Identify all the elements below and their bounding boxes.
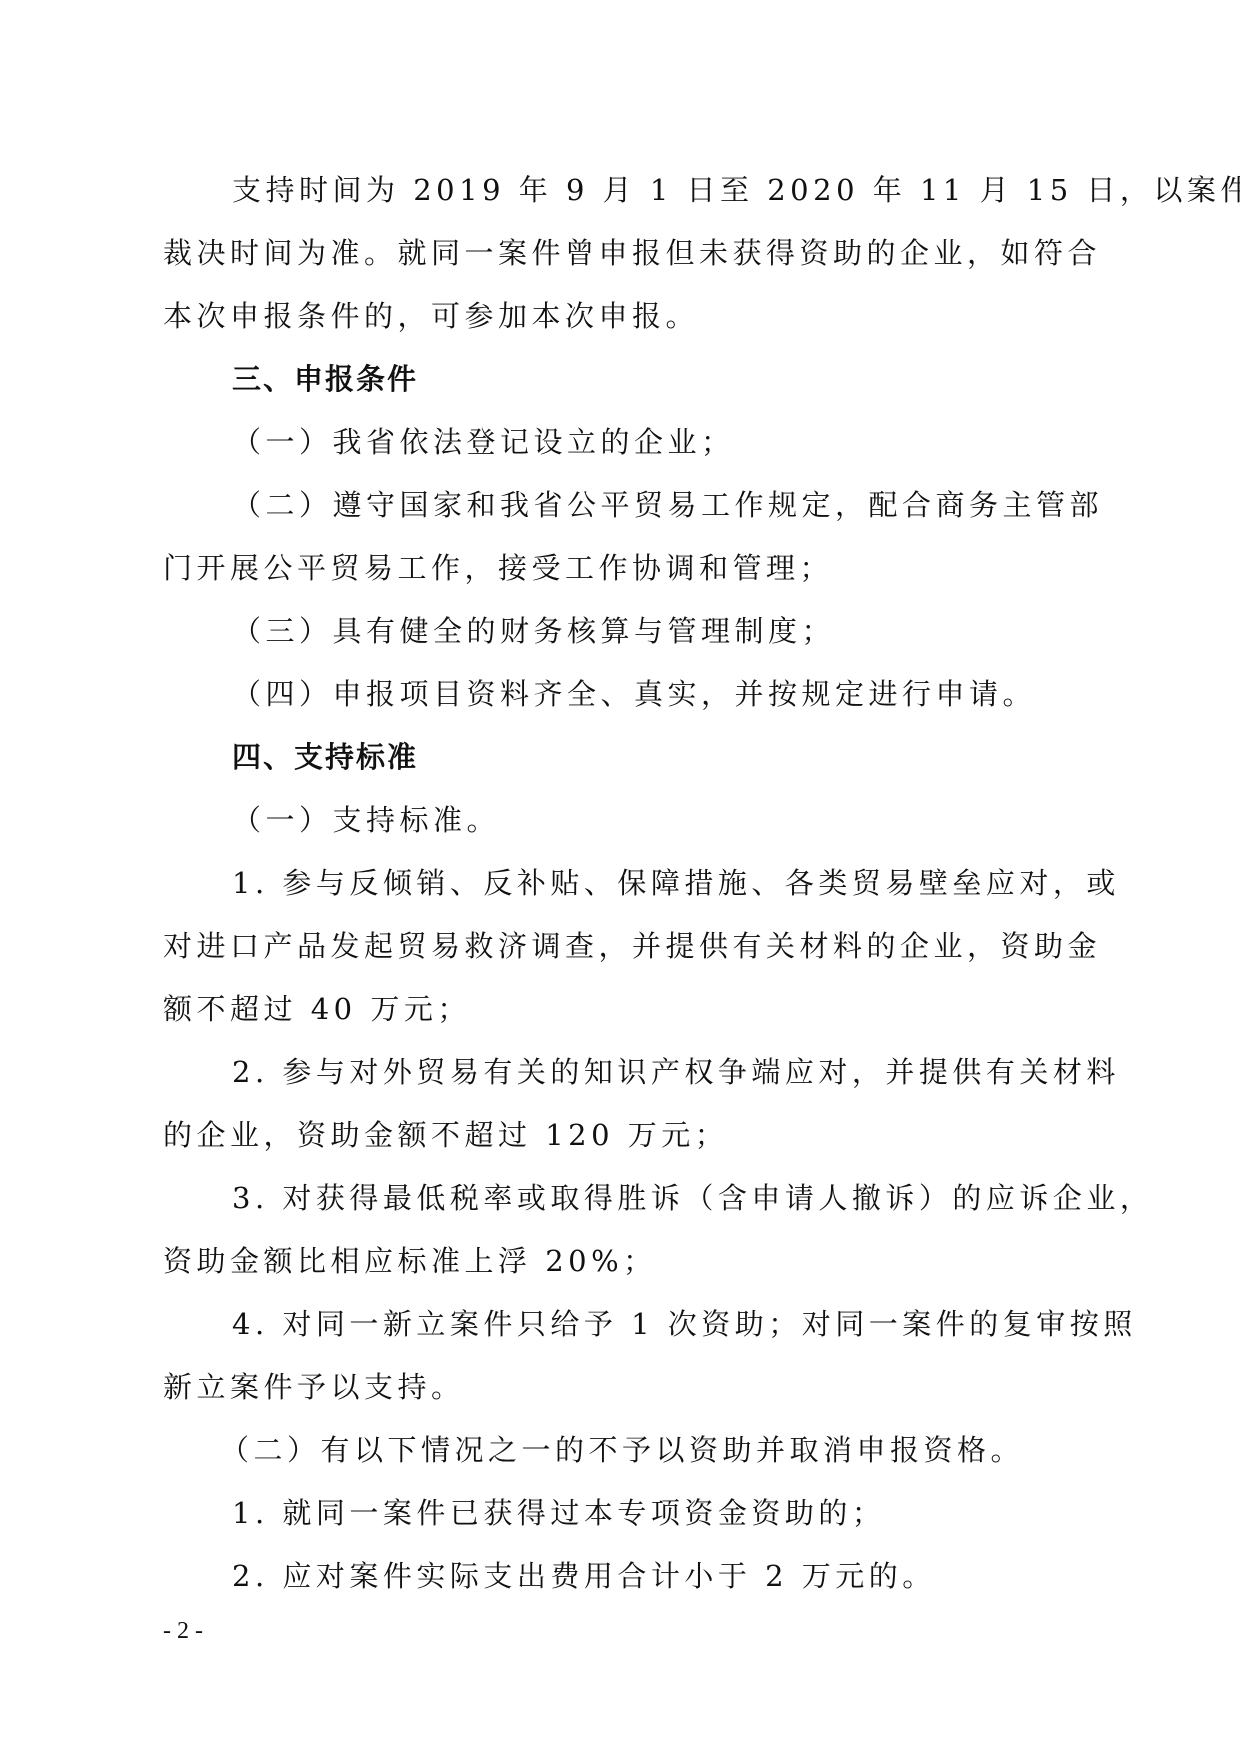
paragraph-line: 2. 应对案件实际支出费用合计小于 2 万元的。 [232,1556,936,1596]
paragraph-line: （二）有以下情况之一的不予以资助并取消申报资格。 [220,1430,1024,1470]
paragraph-line: （三）具有健全的财务核算与管理制度； [232,611,835,651]
paragraph-line: 4. 对同一新立案件只给予 1 次资助；对同一案件的复审按照 [232,1304,1137,1344]
section-heading: 四、支持标准 [232,737,418,777]
paragraph-line: 裁决时间为准。就同一案件曾申报但未获得资助的企业，如符合 [163,233,1101,273]
document-page: 支持时间为 2019 年 9 月 1 日至 2020 年 11 月 15 日，以… [0,0,1240,1754]
paragraph-line: 资助金额比相应标准上浮 20%； [163,1241,657,1281]
paragraph-line: （一）我省依法登记设立的企业； [232,422,735,462]
paragraph-line: 对进口产品发起贸易救济调查，并提供有关材料的企业，资助金 [163,926,1101,966]
paragraph-line: 新立案件予以支持。 [163,1367,465,1407]
paragraph-line: 支持时间为 2019 年 9 月 1 日至 2020 年 11 月 15 日，以… [232,170,1240,210]
paragraph-line: 本次申报条件的，可参加本次申报。 [163,296,699,336]
paragraph-line: 1. 参与反倾销、反补贴、保障措施、各类贸易壁垒应对，或 [232,863,1120,903]
paragraph-line: 门开展公平贸易工作，接受工作协调和管理； [163,548,833,588]
paragraph-line: 额不超过 40 万元； [163,989,471,1029]
paragraph-line: 1. 就同一案件已获得过本专项资金资助的； [232,1493,885,1533]
paragraph-line: （一）支持标准。 [232,800,500,840]
paragraph-line: （四）申报项目资料齐全、真实，并按规定进行申请。 [232,674,1036,714]
section-heading: 三、申报条件 [232,359,418,399]
paragraph-line: （二）遵守国家和我省公平贸易工作规定，配合商务主管部 [232,485,1103,525]
paragraph-line: 的企业，资助金额不超过 120 万元； [163,1115,728,1155]
page-number: - 2 - [163,1618,203,1645]
paragraph-line: 2. 参与对外贸易有关的知识产权争端应对，并提供有关材料 [232,1052,1120,1092]
paragraph-line: 3. 对获得最低税率或取得胜诉（含申请人撤诉）的应诉企业， [232,1178,1153,1218]
